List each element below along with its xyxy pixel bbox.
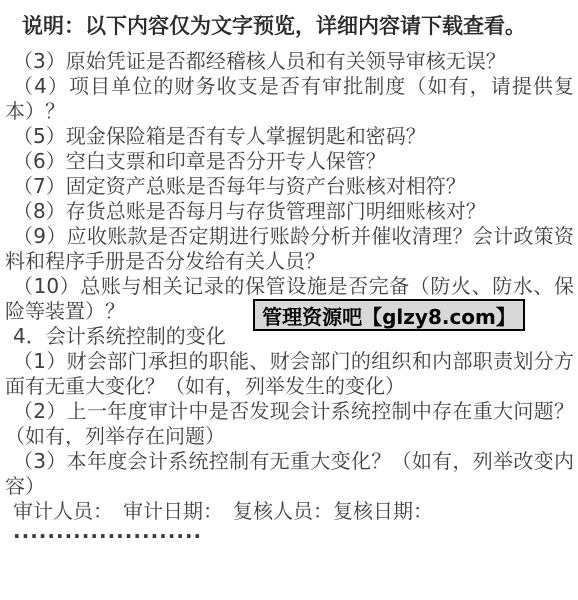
paragraph: （9）应收账款是否定期进行账龄分析并催收清理？会计政策资料和程序手册是否分发给有… [5, 224, 574, 274]
paragraph: （5）现金保险箱是否有专人掌握钥匙和密码？ [5, 124, 574, 149]
signature-line: 审计人员： 审计日期： 复核人员：复核日期： [5, 499, 574, 524]
paragraph: （4）项目单位的财务收支是否有审批制度（如有，请提供复本）？ [5, 74, 574, 124]
paragraph: （3）本年度会计系统控制有无重大变化？（如有，列举改变内容） [5, 449, 574, 499]
watermark-text: 管理资源吧【glzy8.com】 [262, 301, 516, 330]
dotted-line: ······················ [5, 524, 574, 549]
paragraph: （2）上一年度审计中是否发现会计系统控制中存在重大问题？（如有，列举存在问题） [5, 399, 574, 449]
paragraph-list: （3）原始凭证是否都经稽核人员和有关领导审核无误？（4）项目单位的财务收支是否有… [5, 49, 574, 499]
paragraph: （6）空白支票和印章是否分开专人保管？ [5, 149, 574, 174]
paragraph: （8）存货总账是否每月与存货管理部门明细账核对？ [5, 199, 574, 224]
watermark-badge[interactable]: 管理资源吧【glzy8.com】 [253, 299, 525, 331]
paragraph: （1）财会部门承担的职能、财会部门的组织和内部职责划分方面有无重大变化？（如有，… [5, 349, 574, 399]
document-preview-page: 说明：以下内容仅为文字预览，详细内容请下载查看。 （3）原始凭证是否都经稽核人员… [0, 13, 578, 549]
paragraph: （7）固定资产总账是否每年与资产台账核对相符？ [5, 174, 574, 199]
preview-notice: 说明：以下内容仅为文字预览，详细内容请下载查看。 [22, 13, 572, 39]
paragraph: （3）原始凭证是否都经稽核人员和有关领导审核无误？ [5, 49, 574, 74]
